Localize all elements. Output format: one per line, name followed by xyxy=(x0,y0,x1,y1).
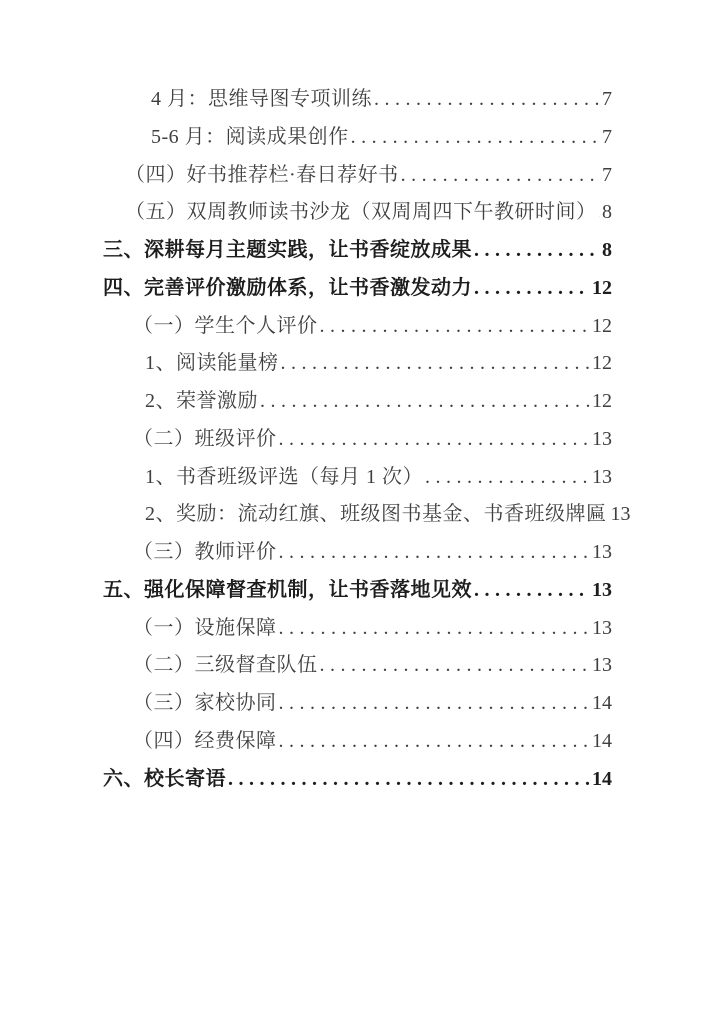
toc-entry-label: 五、强化保障督查机制，让书香落地见效 xyxy=(103,572,472,610)
toc-entry-dots: ........................................… xyxy=(277,723,591,761)
toc-entry[interactable]: （五）双周教师读书沙龙（双周周四下午教研时间） ................… xyxy=(0,194,724,232)
toc-entry-dots: ........................................… xyxy=(423,459,590,497)
toc-entry-page: 7 xyxy=(602,81,612,119)
toc-entry[interactable]: （三）家校协同 ................................… xyxy=(0,685,724,723)
toc-entry[interactable]: 1、阅读能量榜 ................................… xyxy=(0,345,724,383)
toc-entry[interactable]: 2、奖励：流动红旗、班级图书基金、书香班级牌匾 ................… xyxy=(0,496,724,534)
toc-entry-dots: ........................................… xyxy=(277,421,591,459)
toc-entry-page: 13 xyxy=(592,421,612,459)
toc-entry[interactable]: 4 月：思维导图专项训练 ...........................… xyxy=(0,81,724,119)
toc-entry-page: 13 xyxy=(592,647,612,685)
toc-entry-label: 4 月：思维导图专项训练 xyxy=(151,81,372,119)
toc-entry-dots: ........................................… xyxy=(472,232,600,270)
toc-entry[interactable]: （一）设施保障 ................................… xyxy=(0,610,724,648)
toc-entry-page: 14 xyxy=(592,685,612,723)
toc-entry-dots: ........................................… xyxy=(318,308,591,346)
toc-entry-dots: ........................................… xyxy=(277,610,591,648)
toc-entry-label: 2、奖励：流动红旗、班级图书基金、书香班级牌匾 xyxy=(145,496,607,534)
toc-entry-dots: ........................................… xyxy=(472,572,590,610)
toc-entry-page: 8 xyxy=(602,194,612,232)
toc-entry-dots: ........................................… xyxy=(277,534,591,572)
toc-entry[interactable]: 五、强化保障督查机制，让书香落地见效 .....................… xyxy=(0,572,724,610)
toc-entry[interactable]: 2、荣誉激励 .................................… xyxy=(0,383,724,421)
toc-entry-label: 三、深耕每月主题实践，让书香绽放成果 xyxy=(103,232,472,270)
toc-entry[interactable]: 三、深耕每月主题实践，让书香绽放成果 .....................… xyxy=(0,232,724,270)
toc-entry-page: 14 xyxy=(592,761,612,799)
document-page: 4 月：思维导图专项训练 ...........................… xyxy=(0,0,724,1024)
toc-entry-page: 7 xyxy=(602,119,612,157)
toc-entry[interactable]: （三）教师评价 ................................… xyxy=(0,534,724,572)
toc-entry-page: 13 xyxy=(592,534,612,572)
toc-entry-label: （二）三级督查队伍 xyxy=(133,647,318,685)
toc-entry[interactable]: （二）班级评价 ................................… xyxy=(0,421,724,459)
toc-entry-label: （四）经费保障 xyxy=(133,723,277,761)
toc-entry-label: 四、完善评价激励体系，让书香激发动力 xyxy=(103,270,472,308)
toc-entry-label: 5-6 月：阅读成果创作 xyxy=(151,119,349,157)
toc-entry-dots: ........................................… xyxy=(318,647,591,685)
toc-entry-label: （一）设施保障 xyxy=(133,610,277,648)
toc-entry-page: 7 xyxy=(602,157,612,195)
toc-entry-label: 1、书香班级评选（每月 1 次） xyxy=(145,459,423,497)
toc-entry-dots: ........................................… xyxy=(258,383,590,421)
toc-entry-page: 12 xyxy=(592,383,612,421)
toc-entry-label: 2、荣誉激励 xyxy=(145,383,258,421)
toc-entry-label: （二）班级评价 xyxy=(133,421,277,459)
table-of-contents: 4 月：思维导图专项训练 ...........................… xyxy=(0,81,724,799)
toc-entry-dots: ........................................… xyxy=(607,496,609,534)
toc-entry-page: 13 xyxy=(592,572,612,610)
toc-entry-dots: ........................................… xyxy=(349,119,600,157)
toc-entry-label: 1、阅读能量榜 xyxy=(145,345,279,383)
toc-entry-dots: ........................................… xyxy=(279,345,591,383)
toc-entry-dots: ........................................… xyxy=(597,194,601,232)
toc-entry[interactable]: （四）经费保障 ................................… xyxy=(0,723,724,761)
toc-entry-page: 8 xyxy=(602,232,612,270)
toc-entry-label: （五）双周教师读书沙龙（双周周四下午教研时间） xyxy=(125,194,597,232)
toc-entry[interactable]: （二）三级督查队伍 ..............................… xyxy=(0,647,724,685)
toc-entry-page: 12 xyxy=(592,308,612,346)
toc-entry-page: 14 xyxy=(592,723,612,761)
toc-entry[interactable]: （一）学生个人评价 ..............................… xyxy=(0,308,724,346)
toc-entry-label: （三）教师评价 xyxy=(133,534,277,572)
toc-entry-page: 13 xyxy=(592,459,612,497)
toc-entry[interactable]: 1、书香班级评选（每月 1 次） .......................… xyxy=(0,459,724,497)
toc-entry-label: （四）好书推荐栏·春日荐好书 xyxy=(125,157,399,195)
toc-entry-dots: ........................................… xyxy=(399,157,600,195)
toc-entry[interactable]: 5-6 月：阅读成果创作 ...........................… xyxy=(0,119,724,157)
toc-entry-page: 12 xyxy=(592,270,612,308)
toc-entry-dots: ........................................… xyxy=(372,81,600,119)
toc-entry[interactable]: 六、校长寄语 .................................… xyxy=(0,761,724,799)
toc-entry-page: 13 xyxy=(611,496,631,534)
toc-entry[interactable]: （四）好书推荐栏·春日荐好书 .........................… xyxy=(0,157,724,195)
toc-entry-page: 12 xyxy=(592,345,612,383)
toc-entry-dots: ........................................… xyxy=(472,270,590,308)
toc-entry-page: 13 xyxy=(592,610,612,648)
toc-entry-dots: ........................................… xyxy=(226,761,590,799)
toc-entry-dots: ........................................… xyxy=(277,685,591,723)
toc-entry[interactable]: 四、完善评价激励体系，让书香激发动力 .....................… xyxy=(0,270,724,308)
toc-entry-label: 六、校长寄语 xyxy=(103,761,226,799)
toc-entry-label: （三）家校协同 xyxy=(133,685,277,723)
toc-entry-label: （一）学生个人评价 xyxy=(133,308,318,346)
